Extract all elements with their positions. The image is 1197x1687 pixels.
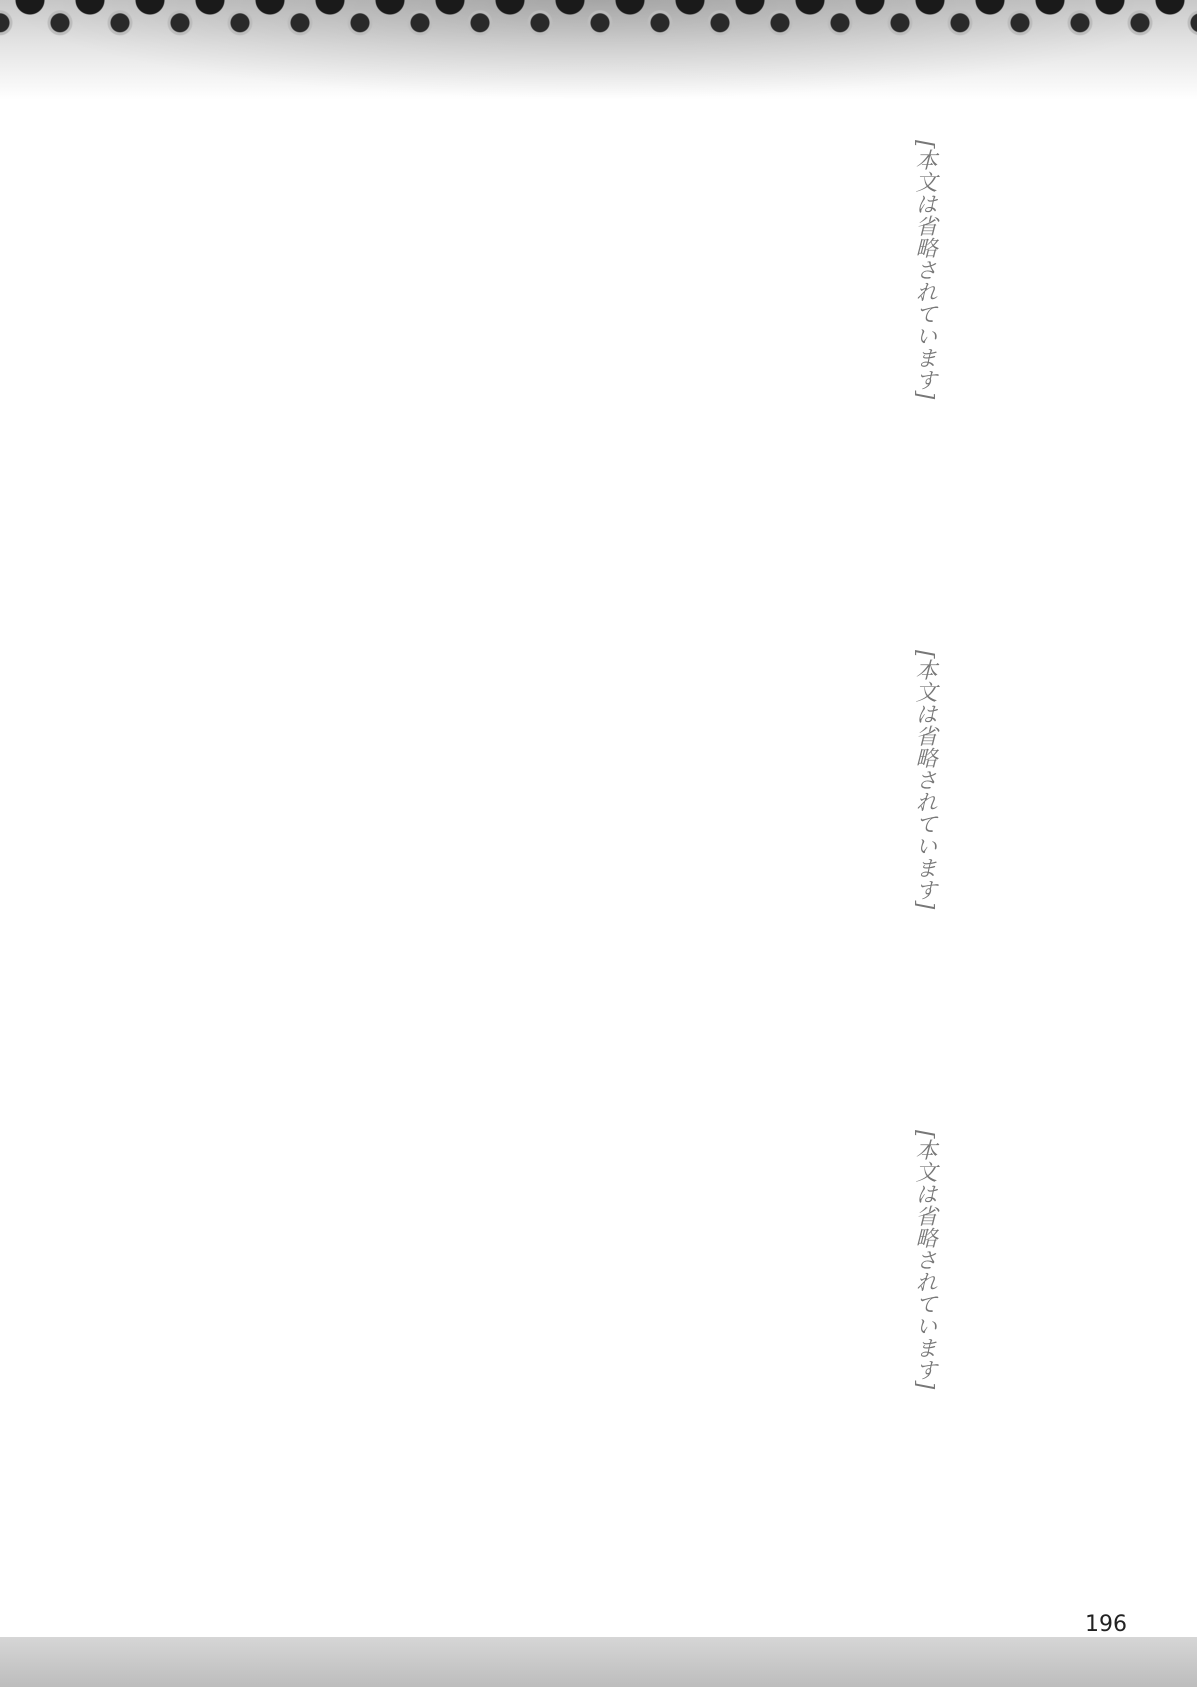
- text-block: [本文は省略されています]: [908, 140, 940, 600]
- text-tier-2: [本文は省略されています]: [150, 650, 940, 1080]
- text-tier-3: [本文は省略されています]: [150, 1130, 940, 1560]
- lace-header-decoration: [0, 0, 1197, 100]
- text-block: [本文は省略されています]: [908, 1130, 940, 1560]
- lace-border: [0, 0, 1197, 38]
- page-number: 196: [1085, 1612, 1127, 1637]
- text-tier-1: [本文は省略されています]: [150, 140, 940, 600]
- text-block: [本文は省略されています]: [908, 650, 940, 1080]
- texture-footer-decoration: [0, 1637, 1197, 1687]
